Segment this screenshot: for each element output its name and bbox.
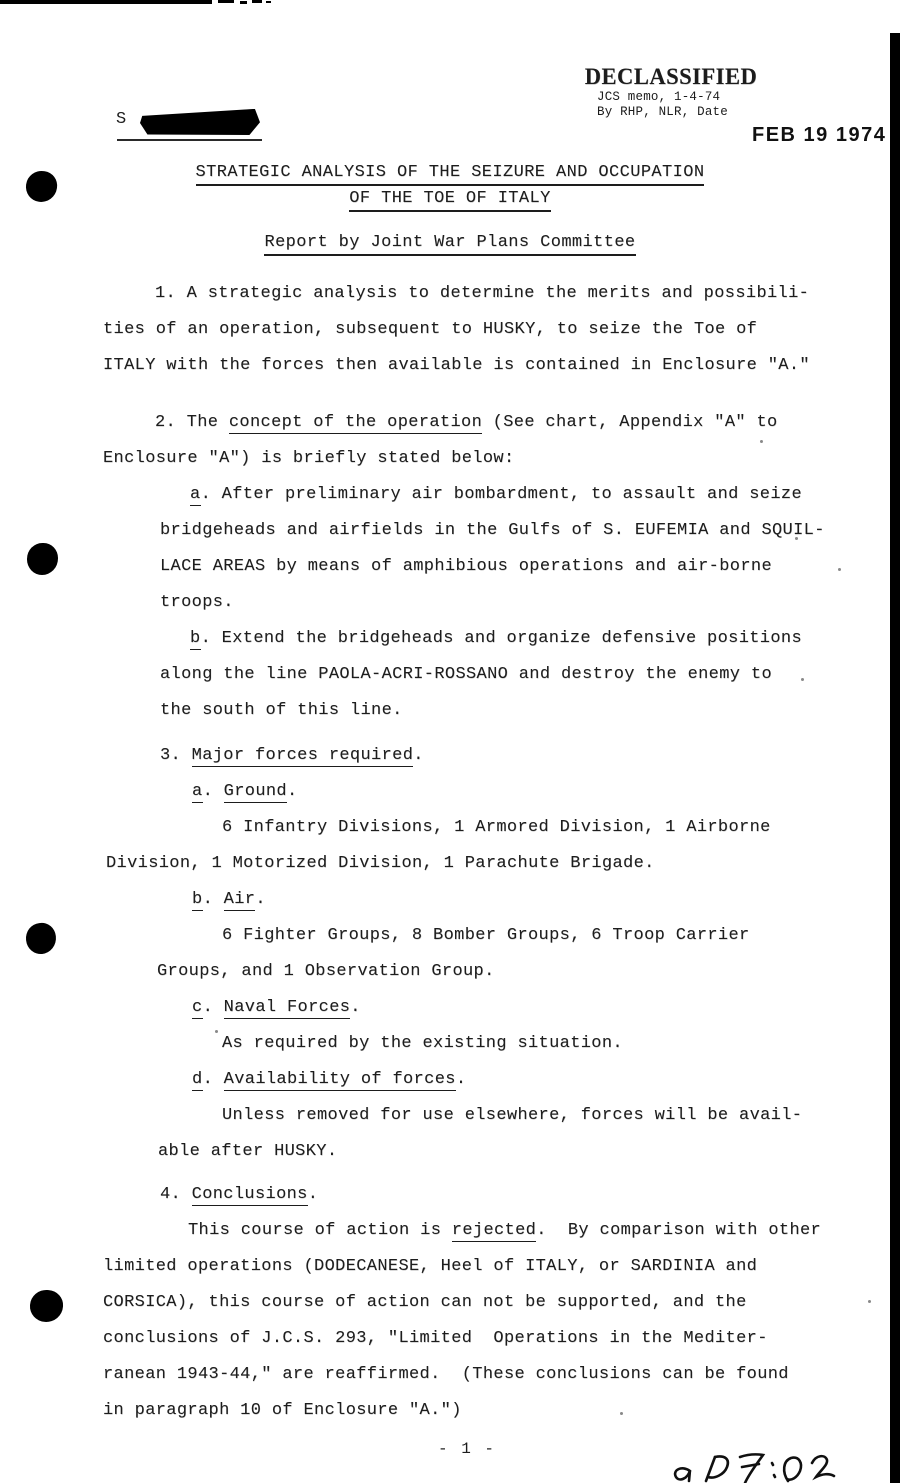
paragraph: 6 Infantry Divisions, 1 Armored Division…	[0, 810, 900, 882]
text-line: b. Extend the bridgeheads and organize d…	[190, 621, 900, 657]
document-body: 1. A strategic analysis to determine the…	[0, 276, 900, 1429]
text-line: limited operations (DODECANESE, Heel of …	[103, 1249, 900, 1285]
text-line: ITALY with the forces then available is …	[103, 348, 900, 384]
stamp-date: FEB 19 1974	[752, 124, 886, 147]
text-line: a. Ground.	[192, 774, 900, 810]
paragraph: Unless removed for use elsewhere, forces…	[0, 1098, 900, 1170]
document-page: S DECLASSIFIED JCS memo, 1-4-74 By RHP, …	[0, 0, 900, 1483]
paragraph: This course of action is rejected. By co…	[0, 1213, 900, 1429]
paragraph: a. Ground.	[0, 774, 900, 810]
text-line: 6 Infantry Divisions, 1 Armored Division…	[222, 810, 900, 846]
classification-marking: S	[116, 110, 127, 144]
text-line: ties of an operation, subsequent to HUSK…	[103, 312, 900, 348]
classification-underline	[117, 139, 262, 141]
text-line: troops.	[160, 585, 900, 621]
text-line: the south of this line.	[160, 693, 900, 729]
classification-letter: S	[116, 110, 127, 129]
text-line: Division, 1 Motorized Division, 1 Parach…	[106, 846, 900, 882]
handwritten-note	[660, 1450, 860, 1483]
text-line: conclusions of J.C.S. 293, "Limited Oper…	[103, 1321, 900, 1357]
paragraph: 2. The concept of the operation (See cha…	[0, 405, 900, 477]
text-line: CORSICA), this course of action can not …	[103, 1285, 900, 1321]
paragraph: b. Air.	[0, 882, 900, 918]
text-line: able after HUSKY.	[158, 1134, 900, 1170]
text-line: 6 Fighter Groups, 8 Bomber Groups, 6 Tro…	[222, 918, 900, 954]
paragraph: d. Availability of forces.	[0, 1062, 900, 1098]
text-line: ranean 1943-44," are reaffirmed. (These …	[103, 1357, 900, 1393]
stamp-authority-line: By RHP, NLR, Date	[597, 105, 759, 120]
scan-edge-line	[0, 0, 212, 4]
scan-edge-dash	[252, 0, 262, 3]
text-line: 3. Major forces required.	[160, 738, 900, 774]
text-line: d. Availability of forces.	[192, 1062, 900, 1098]
text-line: bridgeheads and airfields in the Gulfs o…	[160, 513, 900, 549]
text-line: along the line PAOLA-ACRI-ROSSANO and de…	[160, 657, 900, 693]
scan-edge-dash	[218, 0, 234, 3]
paragraph: 1. A strategic analysis to determine the…	[0, 276, 900, 384]
scan-edge-dash	[240, 1, 247, 4]
stamp-memo-line: JCS memo, 1-4-74	[597, 90, 759, 105]
text-line: 1. A strategic analysis to determine the…	[155, 276, 900, 312]
paragraph: b. Extend the bridgeheads and organize d…	[0, 621, 900, 729]
declassification-stamp: DECLASSIFIED JCS memo, 1-4-74 By RHP, NL…	[583, 64, 759, 120]
text-line: Unless removed for use elsewhere, forces…	[222, 1098, 900, 1134]
text-line: b. Air.	[192, 882, 900, 918]
paragraph: 3. Major forces required.	[0, 738, 900, 774]
paragraph: 6 Fighter Groups, 8 Bomber Groups, 6 Tro…	[0, 918, 900, 990]
text-line: a. After preliminary air bombardment, to…	[190, 477, 900, 513]
text-line: Groups, and 1 Observation Group.	[157, 954, 900, 990]
scan-edge-dash	[266, 1, 271, 3]
text-line: 4. Conclusions.	[160, 1177, 900, 1213]
paragraph: As required by the existing situation.	[0, 1026, 900, 1062]
text-line: Enclosure "A") is briefly stated below:	[103, 441, 900, 477]
text-line: 2. The concept of the operation (See cha…	[155, 405, 900, 441]
text-line: LACE AREAS by means of amphibious operat…	[160, 549, 900, 585]
paragraph: a. After preliminary air bombardment, to…	[0, 477, 900, 621]
document-subtitle: Report by Joint War Plans Committee	[0, 233, 900, 256]
stamp-declassified-text: DECLASSIFIED	[585, 64, 757, 90]
redaction-bar	[140, 109, 261, 138]
text-line: As required by the existing situation.	[222, 1026, 900, 1062]
text-line: c. Naval Forces.	[192, 990, 900, 1026]
text-line: in paragraph 10 of Enclosure "A.")	[103, 1393, 900, 1429]
document-title-line2: OF THE TOE OF ITALY	[0, 189, 900, 212]
page-number: - 1 -	[438, 1440, 496, 1458]
paragraph: 4. Conclusions.	[0, 1177, 900, 1213]
document-title-line1: STRATEGIC ANALYSIS OF THE SEIZURE AND OC…	[0, 163, 900, 186]
paragraph: c. Naval Forces.	[0, 990, 900, 1026]
text-line: This course of action is rejected. By co…	[188, 1213, 900, 1249]
